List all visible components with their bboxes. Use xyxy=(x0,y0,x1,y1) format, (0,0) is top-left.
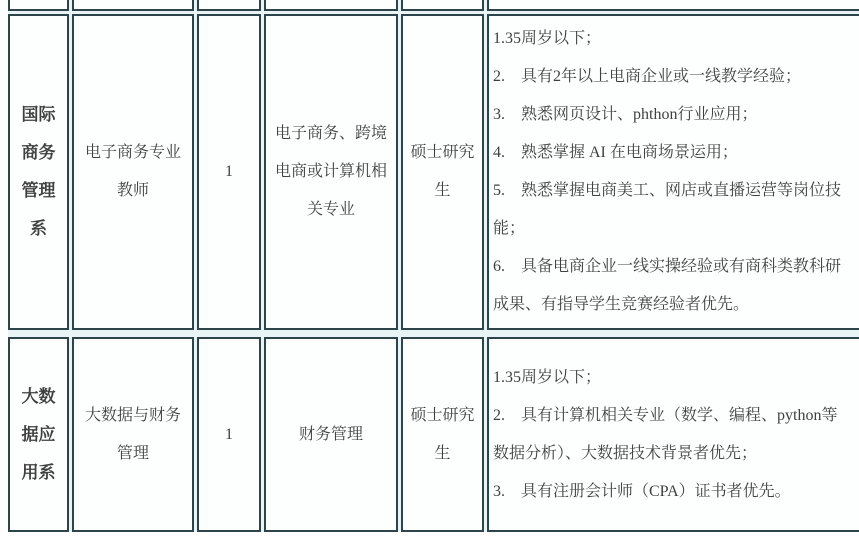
recruitment-table: 国际商务管理系 电子商务专业教师 1 电子商务、跨境电商或计算机相关专业 硕士研… xyxy=(8,0,859,532)
requirements-cell: 1.35周岁以下； 2. 具有2年以上电商企业或一线教学经验； 3. 熟悉网页设… xyxy=(487,14,859,330)
requirements-cell: 1.35周岁以下； 2. 具有计算机相关专业（数学、编程、python等数据分析… xyxy=(487,337,859,532)
education-cell: 硕士研究生 xyxy=(401,14,484,330)
major-cell: 财务管理 xyxy=(264,337,398,532)
position-cell: 电子商务专业教师 xyxy=(72,14,194,330)
count-cell: 1 xyxy=(197,337,261,532)
requirement-item: 2. 具有2年以上电商企业或一线教学经验； xyxy=(493,58,851,96)
table-row-truncated xyxy=(8,0,859,11)
requirement-item: 3. 具有注册会计师（CPA）证书者优先。 xyxy=(493,473,851,511)
requirement-item: 4. 熟悉掌握 AI 在电商场景运用； xyxy=(493,134,851,172)
major-cell: 电子商务、跨境电商或计算机相关专业 xyxy=(264,14,398,330)
requirement-item: 3. 熟悉网页设计、phthon行业应用； xyxy=(493,96,851,134)
table-row: 国际商务管理系 电子商务专业教师 1 电子商务、跨境电商或计算机相关专业 硕士研… xyxy=(8,14,859,330)
truncated-cell-department xyxy=(8,0,69,11)
truncated-cell-education xyxy=(401,0,484,11)
truncated-cell-position xyxy=(72,0,194,11)
department-cell: 国际商务管理系 xyxy=(8,14,69,330)
education-cell: 硕士研究生 xyxy=(401,337,484,532)
table-row: 大数据应用系 大数据与财务管理 1 财务管理 硕士研究生 1.35周岁以下； 2… xyxy=(8,337,859,532)
truncated-cell-count xyxy=(197,0,261,11)
requirement-item: 5. 熟悉掌握电商美工、网店或直播运营等岗位技能； xyxy=(493,172,851,248)
position-cell: 大数据与财务管理 xyxy=(72,337,194,532)
department-cell: 大数据应用系 xyxy=(8,337,69,532)
requirement-item: 1.35周岁以下； xyxy=(493,359,851,397)
count-cell: 1 xyxy=(197,14,261,330)
requirement-item: 6. 具备电商企业一线实操经验或有商科类教科研成果、有指导学生竞赛经验者优先。 xyxy=(493,248,851,324)
requirement-item: 1.35周岁以下； xyxy=(493,20,851,58)
truncated-cell-major xyxy=(264,0,398,11)
requirement-item: 2. 具有计算机相关专业（数学、编程、python等数据分析）、大数据技术背景者… xyxy=(493,397,851,473)
truncated-cell-requirements xyxy=(487,0,859,11)
